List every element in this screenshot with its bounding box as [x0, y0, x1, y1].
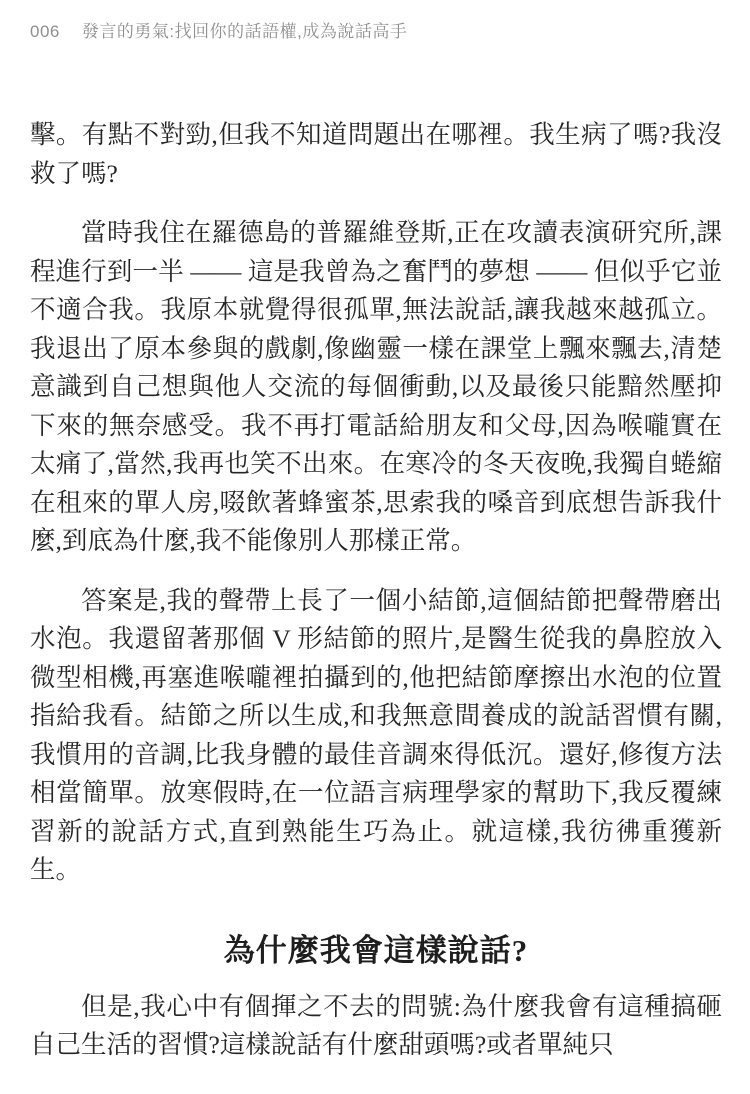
section-heading: 為什麼我會這樣說話? [30, 930, 722, 972]
page-body: 擊。有點不對勁,但我不知道問題出在哪裡。我生病了嗎?我沒救了嗎? 當時我住在羅德… [30, 116, 722, 1065]
book-page: 006發言的勇氣:找回你的話語權,成為說話高手 擊。有點不對勁,但我不知道問題出… [0, 0, 750, 1094]
running-header: 006發言的勇氣:找回你的話語權,成為說話高手 [30, 20, 722, 44]
body-paragraph: 擊。有點不對勁,但我不知道問題出在哪裡。我生病了嗎?我沒救了嗎? [30, 116, 722, 193]
body-paragraph: 答案是,我的聲帶上長了一個小結節,這個結節把聲帶磨出水泡。我還留著那個 V 形結… [30, 582, 722, 890]
page-number: 006 [30, 22, 60, 41]
body-paragraph: 當時我住在羅德島的普羅維登斯,正在攻讀表演研究所,課程進行到一半 —— 這是我曾… [30, 214, 722, 561]
book-title: 發言的勇氣:找回你的話語權,成為說話高手 [82, 22, 407, 41]
body-paragraph: 但是,我心中有個揮之不去的問號:為什麼我會有這種搞砸自己生活的習慣?這樣說話有什… [30, 988, 722, 1065]
